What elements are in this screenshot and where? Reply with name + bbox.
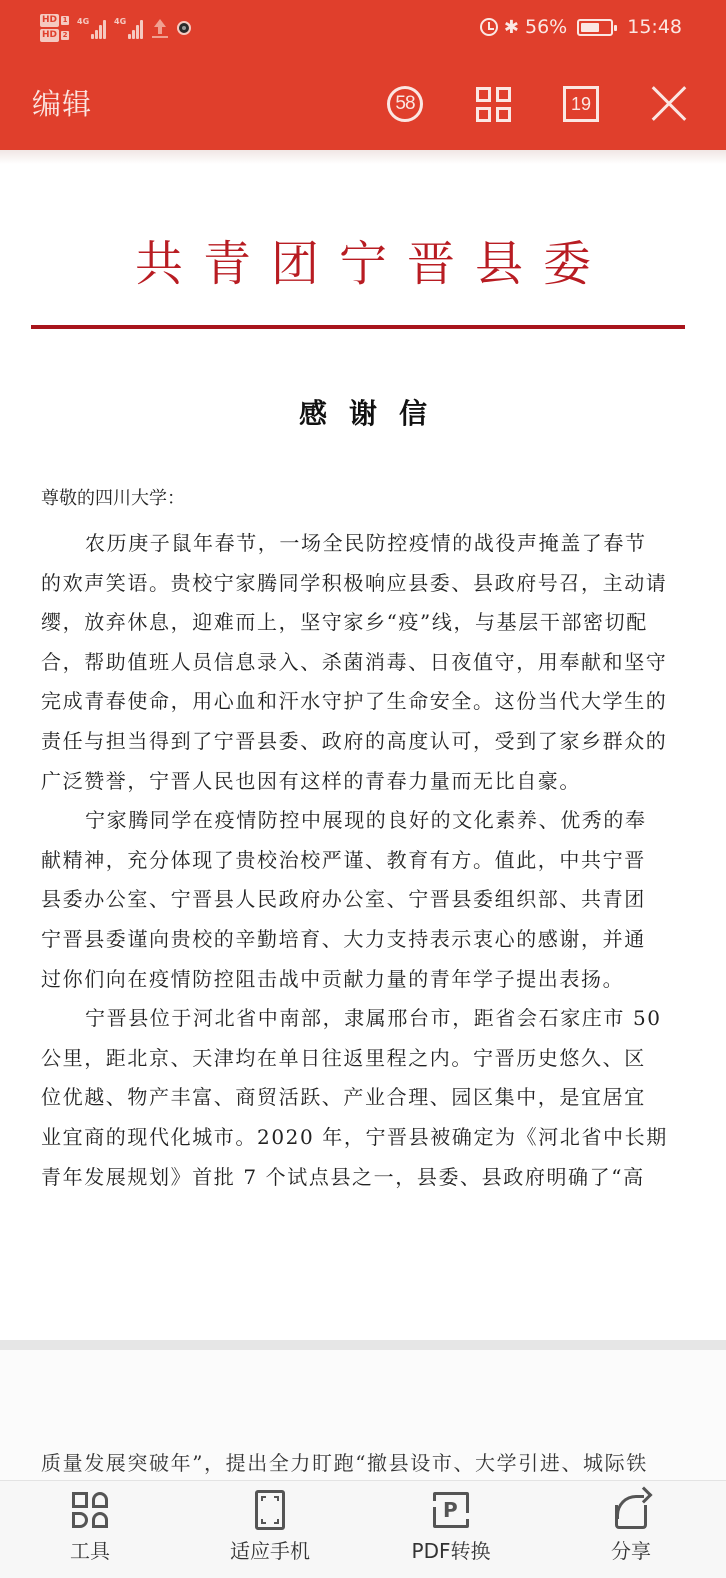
signal-icon: 4G (114, 17, 143, 39)
hd-icon: HD1 HD2 (40, 14, 69, 42)
body-line: 宁晋县委谨向贵校的辛勤培育、大力支持表示衷心的感谢，并通 (41, 919, 681, 959)
page-number-button[interactable]: 19 (559, 82, 603, 126)
letterhead-divider (31, 325, 685, 329)
letterhead: 共青团宁晋县委 (0, 225, 726, 294)
body-line: 合，帮助值班人员信息录入、杀菌消毒、日夜值守，用奉献和坚守 (41, 642, 681, 682)
body-line: 青年发展规划》首批 7 个试点县之一，县委、县政府明确了“高 (41, 1157, 681, 1197)
app-bar: 编辑 58 19 (0, 60, 726, 150)
close-button[interactable] (647, 82, 691, 126)
body-line: 宁晋县位于河北省中南部，隶属邢台市，距省会石家庄市 50 (41, 998, 681, 1038)
fit-phone-label: 适应手机 (230, 1535, 310, 1564)
share-button[interactable]: 分享 (561, 1481, 701, 1578)
grid-view-button[interactable] (471, 82, 515, 126)
network2-label: 4G (114, 17, 126, 26)
body-line: 的欢声笑语。贵校宁家腾同学积极响应县委、县政府号召，主动请 (41, 563, 681, 603)
page-shadow (0, 150, 726, 164)
fit-phone-icon (249, 1489, 291, 1531)
share-label: 分享 (611, 1535, 651, 1564)
tools-label: 工具 (70, 1535, 110, 1564)
share-icon (610, 1489, 652, 1531)
tools-icon (69, 1489, 111, 1531)
close-icon (650, 85, 688, 123)
network1-label: 4G (77, 17, 89, 26)
bluetooth-icon: ✱ (504, 17, 519, 38)
pdf-convert-icon: P (430, 1489, 472, 1531)
letter-body: 农历庚子鼠年春节，一场全民防控疫情的战役声掩盖了春节 的欢声笑语。贵校宁家腾同学… (41, 523, 681, 1196)
sim1-index: 1 (61, 16, 69, 25)
page-separator (0, 1340, 726, 1350)
status-left: HD1 HD2 4G 4G (40, 10, 191, 46)
salutation: 尊敬的四川大学： (41, 484, 185, 510)
badge-button[interactable]: 58 (383, 82, 427, 126)
body-line: 献精神，充分体现了贵校治校严谨、教育有方。值此，中共宁晋 (41, 840, 681, 880)
body-line: 缨，放弃休息，迎难而上，坚守家乡“疫”线，与基层干部密切配 (41, 602, 681, 642)
body-line: 责任与担当得到了宁晋县委、政府的高度认可，受到了家乡群众的 (41, 721, 681, 761)
badge-count: 58 (395, 93, 414, 115)
body-line: 业宜商的现代化城市。2020 年，宁晋县被确定为《河北省中长期 (41, 1117, 681, 1157)
sim2-index: 2 (61, 31, 69, 40)
body-line: 宁家腾同学在疫情防控中展现的良好的文化素养、优秀的奉 (41, 800, 681, 840)
body-line: 过你们向在疫情防控阻击战中贡献力量的青年学子提出表扬。 (41, 959, 681, 999)
bottom-toolbar: 工具 适应手机 P PDF转换 分享 (0, 1480, 726, 1578)
clock: 15:48 (627, 16, 682, 38)
page-number-icon: 19 (563, 86, 599, 122)
edit-button[interactable]: 编辑 (32, 82, 92, 123)
next-page-line: 质量发展突破年”，提出全力盯跑“撤县设市、大学引进、城际铁 (41, 1447, 648, 1476)
body-line: 广泛赞誉，宁晋人民也因有这样的青春力量而无比自豪。 (41, 761, 681, 801)
body-line: 农历庚子鼠年春节，一场全民防控疫情的战役声掩盖了春节 (41, 523, 681, 563)
badge-circle-icon: 58 (387, 86, 423, 122)
battery-icon (577, 19, 613, 36)
camera-dot-icon (177, 21, 191, 35)
grid-view-icon (476, 87, 511, 122)
hd1-label: HD (40, 14, 59, 27)
body-line: 公里，距北京、天津均在单日往返里程之内。宁晋历史悠久、区 (41, 1038, 681, 1078)
tools-button[interactable]: 工具 (20, 1481, 160, 1578)
document-title: 感谢信 (0, 392, 726, 432)
pdf-convert-label: PDF转换 (412, 1535, 491, 1564)
upload-icon (151, 17, 169, 39)
page-number: 19 (571, 94, 591, 115)
alarm-icon (480, 18, 498, 36)
body-line: 位优越、物产丰富、商贸活跃、产业合理、园区集中，是宜居宜 (41, 1077, 681, 1117)
status-right: ✱ 56% 15:48 (480, 12, 682, 42)
hd2-label: HD (40, 29, 59, 42)
battery-percent: 56% (525, 16, 567, 38)
signal-icon: 4G (77, 17, 106, 39)
fit-phone-button[interactable]: 适应手机 (200, 1481, 340, 1578)
status-bar: HD1 HD2 4G 4G ✱ 56% 15:48 (0, 0, 726, 56)
top-bar: HD1 HD2 4G 4G ✱ 56% 15:48 编辑 58 (0, 0, 726, 150)
body-line: 完成青春使命，用心血和汗水守护了生命安全。这份当代大学生的 (41, 681, 681, 721)
pdf-convert-button[interactable]: P PDF转换 (381, 1481, 521, 1578)
body-line: 县委办公室、宁晋县人民政府办公室、宁晋县委组织部、共青团 (41, 879, 681, 919)
